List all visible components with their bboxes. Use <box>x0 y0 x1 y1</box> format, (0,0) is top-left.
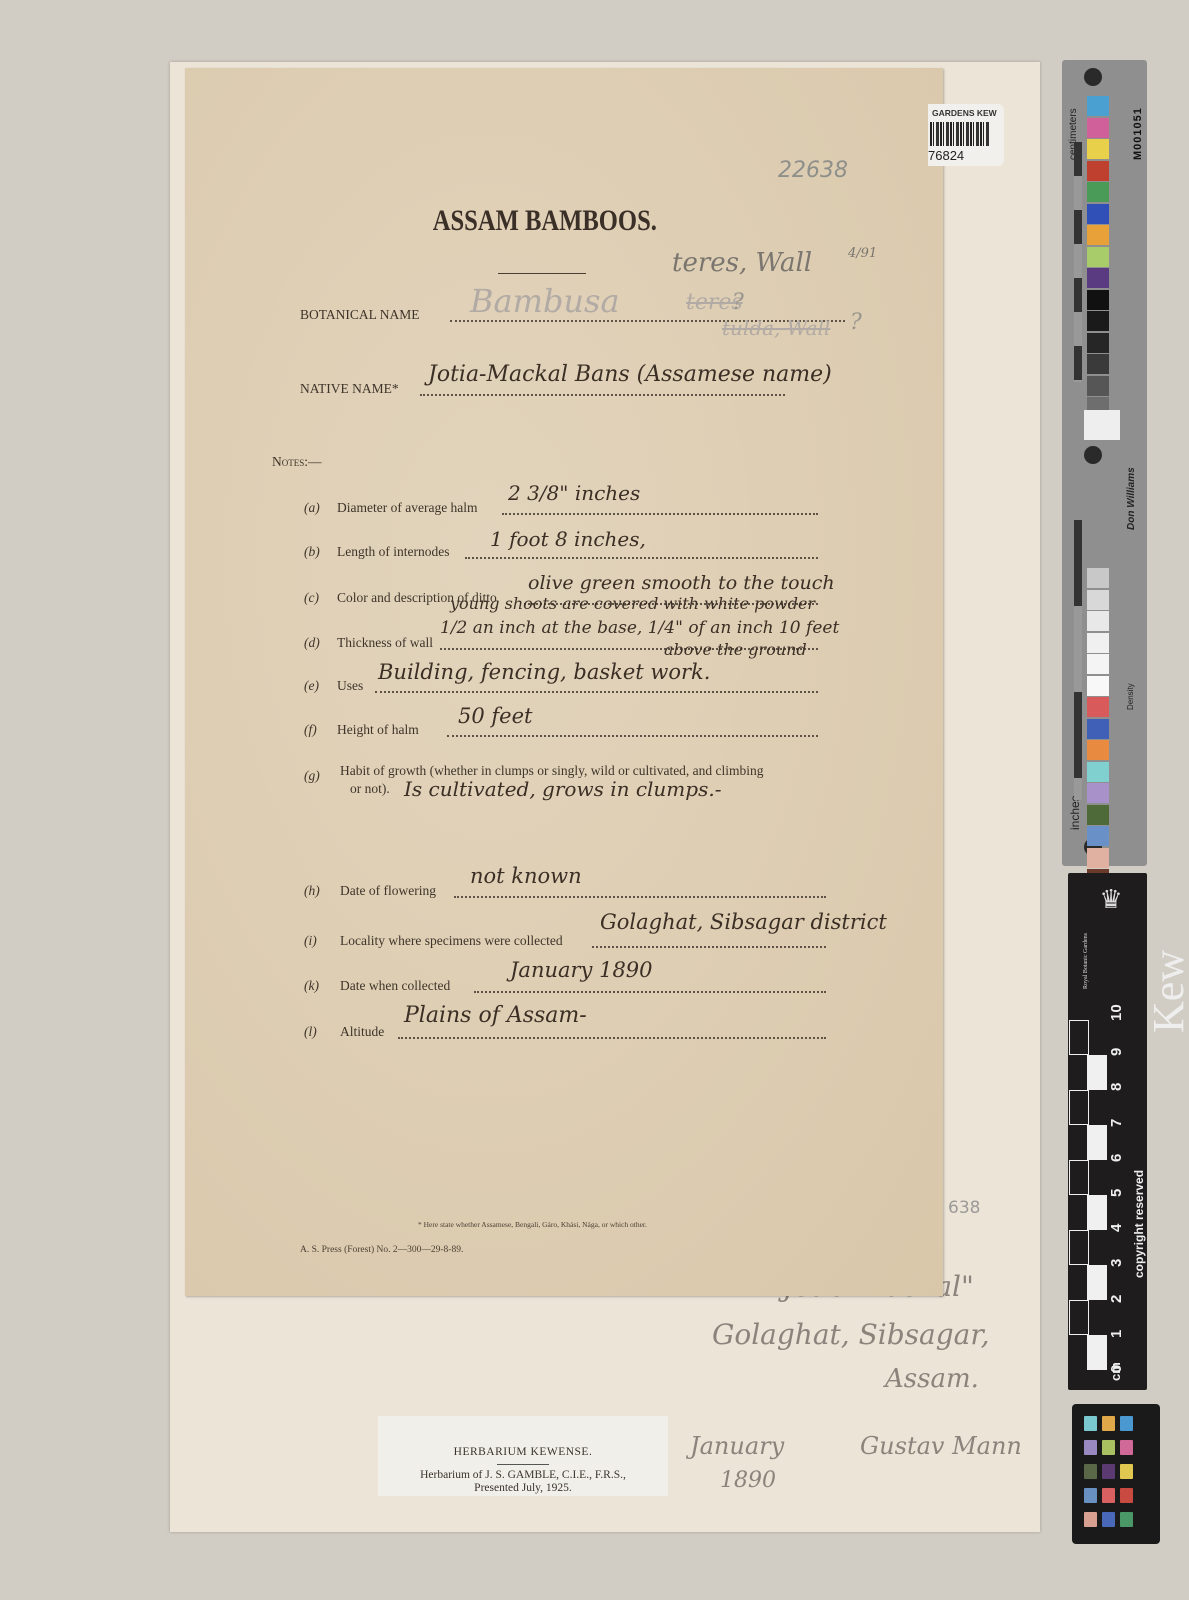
footnote: * Here state whether Assamese, Bengali, … <box>418 1220 647 1229</box>
stamp-number-partial: 638 <box>948 1198 980 1218</box>
kew-crest-icon: ♛ <box>1096 883 1126 917</box>
herbarium-label-line2: Presented July, 1925. <box>378 1482 668 1495</box>
ruler-hole-middle <box>1084 446 1102 464</box>
color-card-swatch <box>1084 1440 1097 1455</box>
scale-block <box>1088 1056 1106 1089</box>
copyright-text: copyright reserved <box>1132 1170 1146 1278</box>
herbarium-label: HERBARIUM KEWENSE. Herbarium of J. S. GA… <box>378 1416 668 1496</box>
kew-subtitle: Royal Botanic Gardens <box>1083 933 1089 989</box>
kew-scale-bar: ♛ Royal Botanic Gardens Kew copyright re… <box>1068 873 1147 1390</box>
color-calibration-ruler: centimeters inches Don Williams Density … <box>1062 60 1147 866</box>
ruler-swatch <box>1087 204 1109 224</box>
ruler-unit-bottom: inches <box>1068 795 1082 830</box>
kew-unit: cm <box>1108 1362 1123 1381</box>
scale-number: 6 <box>1108 1153 1125 1161</box>
ruler-swatch <box>1087 762 1109 782</box>
scale-number: 4 <box>1108 1224 1125 1232</box>
scale-block <box>1070 1301 1088 1334</box>
ruler-swatch <box>1087 676 1109 696</box>
note-d-letter: (d) <box>304 635 320 651</box>
note-i-value: Golaghat, Sibsagar district <box>600 910 887 934</box>
barcode-number: 76824 <box>928 148 964 163</box>
note-l-dots <box>398 1035 826 1039</box>
scale-number: 3 <box>1108 1259 1125 1267</box>
ruler-swatch <box>1087 376 1109 396</box>
collector-signature: Gustav Mann <box>860 1432 1022 1460</box>
note-h-letter: (h) <box>304 883 320 899</box>
note-i-dots <box>592 944 826 948</box>
ruler-hole-top <box>1084 68 1102 86</box>
ruler-swatch <box>1087 118 1109 138</box>
sheet-annotation-region: Assam. <box>885 1364 979 1394</box>
note-f-label: Height of halm <box>337 722 419 738</box>
note-b-value: 1 foot 8 inches, <box>490 527 646 551</box>
ruler-catalog-code: M001051 <box>1132 107 1144 160</box>
ruler-swatch <box>1087 590 1109 610</box>
scale-block <box>1088 1336 1106 1369</box>
ruler-swatch <box>1087 805 1109 825</box>
form-title: ASSAM BAMBOOS. <box>98 204 992 238</box>
note-c-value-continued: young shoots are covered with white powd… <box>450 594 815 613</box>
ruler-swatch <box>1087 354 1109 374</box>
note-b-letter: (b) <box>304 544 320 560</box>
barcode-org: GARDENS KEW <box>932 108 997 118</box>
note-k-dots <box>474 989 826 993</box>
ruler-swatch <box>1087 268 1109 288</box>
ruler-swatch <box>1087 225 1109 245</box>
ruler-swatch <box>1087 290 1109 310</box>
herbarium-label-title: HERBARIUM KEWENSE. <box>378 1446 668 1458</box>
ruler-swatch <box>1087 333 1109 353</box>
color-card-swatch <box>1102 1512 1115 1527</box>
ruler-swatch <box>1087 247 1109 267</box>
note-d-value: 1/2 an inch at the base, 1/4" of an inch… <box>440 618 839 638</box>
barcode-icon <box>930 122 990 146</box>
sheet-annotation-date: January <box>690 1432 784 1460</box>
note-k-value: January 1890 <box>510 958 653 982</box>
note-g-value: Is cultivated, grows in clumps.- <box>404 777 721 801</box>
color-card-swatch <box>1084 1488 1097 1503</box>
title-rule <box>498 273 586 274</box>
note-e-value: Building, fencing, basket work. <box>378 660 710 684</box>
note-l-letter: (l) <box>304 1024 317 1040</box>
scale-block <box>1088 1126 1106 1159</box>
scale-block <box>1070 1161 1088 1194</box>
botanical-name-fraction: 4/91 <box>848 246 877 261</box>
scale-block <box>1088 1196 1106 1229</box>
note-k-letter: (k) <box>304 978 319 994</box>
ruler-density-label: Density <box>1126 683 1135 710</box>
scale-number: 9 <box>1108 1048 1125 1056</box>
botanical-name-correction: teres, Wall <box>672 248 812 278</box>
note-c-value: olive green smooth to the touch <box>528 572 835 594</box>
note-a-value: 2 3/8" inches <box>508 481 640 505</box>
note-b-dots <box>465 555 818 559</box>
color-card-swatch <box>1084 1512 1097 1527</box>
note-f-letter: (f) <box>304 722 317 738</box>
herbarium-label-rule <box>497 1464 549 1465</box>
press-line: A. S. Press (Forest) No. 2—300—29-8-89. <box>300 1245 463 1255</box>
color-card-swatch <box>1120 1440 1133 1455</box>
native-name-dots <box>420 392 785 396</box>
note-a-dots <box>502 511 818 515</box>
note-g-letter: (g) <box>304 768 320 784</box>
note-f-value: 50 feet <box>458 704 532 728</box>
note-e-dots <box>375 689 818 693</box>
ruler-swatch <box>1087 826 1109 846</box>
note-c-letter: (c) <box>304 590 319 606</box>
accession-number: 22638 <box>778 158 848 183</box>
barcode-label: GARDENS KEW 76824 <box>928 104 1004 166</box>
scale-block <box>1088 1266 1106 1299</box>
note-l-value: Plains of Assam- <box>404 1003 587 1028</box>
ruler-swatch <box>1087 96 1109 116</box>
color-card-swatch <box>1120 1488 1133 1503</box>
scale-number: 2 <box>1108 1294 1125 1302</box>
ruler-swatch <box>1087 719 1109 739</box>
ruler-swatch <box>1087 848 1109 868</box>
ruler-inch-scale <box>1074 520 1082 800</box>
color-card-swatch <box>1102 1416 1115 1431</box>
note-d-label: Thickness of wall <box>337 635 433 651</box>
ruler-cm-scale <box>1074 142 1082 382</box>
scale-number: 1 <box>1108 1329 1125 1337</box>
color-card-swatch <box>1102 1464 1115 1479</box>
ruler-resolution-target <box>1084 410 1120 440</box>
note-k-label: Date when collected <box>340 978 450 994</box>
ruler-swatch <box>1087 654 1109 674</box>
scale-block <box>1070 1231 1088 1264</box>
ruler-brand: Don Williams <box>1126 467 1137 530</box>
ruler-swatch <box>1087 139 1109 159</box>
color-card-swatch <box>1084 1464 1097 1479</box>
ruler-swatch <box>1087 697 1109 717</box>
note-a-letter: (a) <box>304 500 320 516</box>
note-h-dots <box>454 894 826 898</box>
botanical-name-alt-struck: tulda, Wall <box>722 316 830 340</box>
scale-number: 5 <box>1108 1189 1125 1197</box>
botanical-name-label: BOTANICAL NAME <box>300 307 420 323</box>
note-e-letter: (e) <box>304 678 319 694</box>
note-g-label-continued: or not). <box>350 781 390 797</box>
herbarium-label-line1: Herbarium of J. S. GAMBLE, C.I.E., F.R.S… <box>378 1469 668 1482</box>
color-card-swatch <box>1120 1464 1133 1479</box>
ruler-swatch <box>1087 311 1109 331</box>
color-card-swatch <box>1120 1416 1133 1431</box>
color-card-swatch <box>1102 1440 1115 1455</box>
scale-number: 10 <box>1108 1004 1125 1021</box>
note-h-label: Date of flowering <box>340 883 436 899</box>
notes-label: Notes:— <box>272 454 322 470</box>
color-card-swatch <box>1084 1416 1097 1431</box>
note-e-label: Uses <box>337 678 363 694</box>
sheet-annotation-locality: Golaghat, Sibsagar, <box>712 1318 990 1351</box>
native-name-label: NATIVE NAME* <box>300 381 399 397</box>
ruler-swatch <box>1087 740 1109 760</box>
query-mark-1: ? <box>732 290 744 315</box>
note-l-label: Altitude <box>340 1024 384 1040</box>
ruler-swatch <box>1087 182 1109 202</box>
scale-number: 8 <box>1108 1083 1125 1091</box>
note-f-dots <box>447 733 818 737</box>
note-i-letter: (i) <box>304 933 317 949</box>
native-name-value: Jotia-Mackal Bans (Assamese name) <box>428 362 832 387</box>
ruler-swatch <box>1087 633 1109 653</box>
ruler-swatch <box>1087 783 1109 803</box>
ruler-swatch <box>1087 161 1109 181</box>
sheet-annotation-year: 1890 <box>720 1468 776 1493</box>
color-card-swatch <box>1102 1488 1115 1503</box>
ruler-swatch <box>1087 568 1109 588</box>
scale-block <box>1070 1091 1088 1124</box>
kew-logo: Kew <box>1143 950 1189 1033</box>
query-mark-2: ? <box>850 310 862 335</box>
ruler-swatch <box>1087 611 1109 631</box>
note-d-value-continued: above the ground <box>664 640 807 659</box>
scale-block <box>1070 1021 1088 1054</box>
note-i-label: Locality where specimens were collected <box>340 933 563 949</box>
note-a-label: Diameter of average halm <box>337 500 478 516</box>
color-checker-card <box>1072 1404 1160 1544</box>
note-h-value: not known <box>470 864 582 888</box>
scale-number: 7 <box>1108 1118 1125 1126</box>
note-b-label: Length of internodes <box>337 544 449 560</box>
botanical-name-genus: Bambusa <box>470 282 620 320</box>
color-card-swatch <box>1120 1512 1133 1527</box>
